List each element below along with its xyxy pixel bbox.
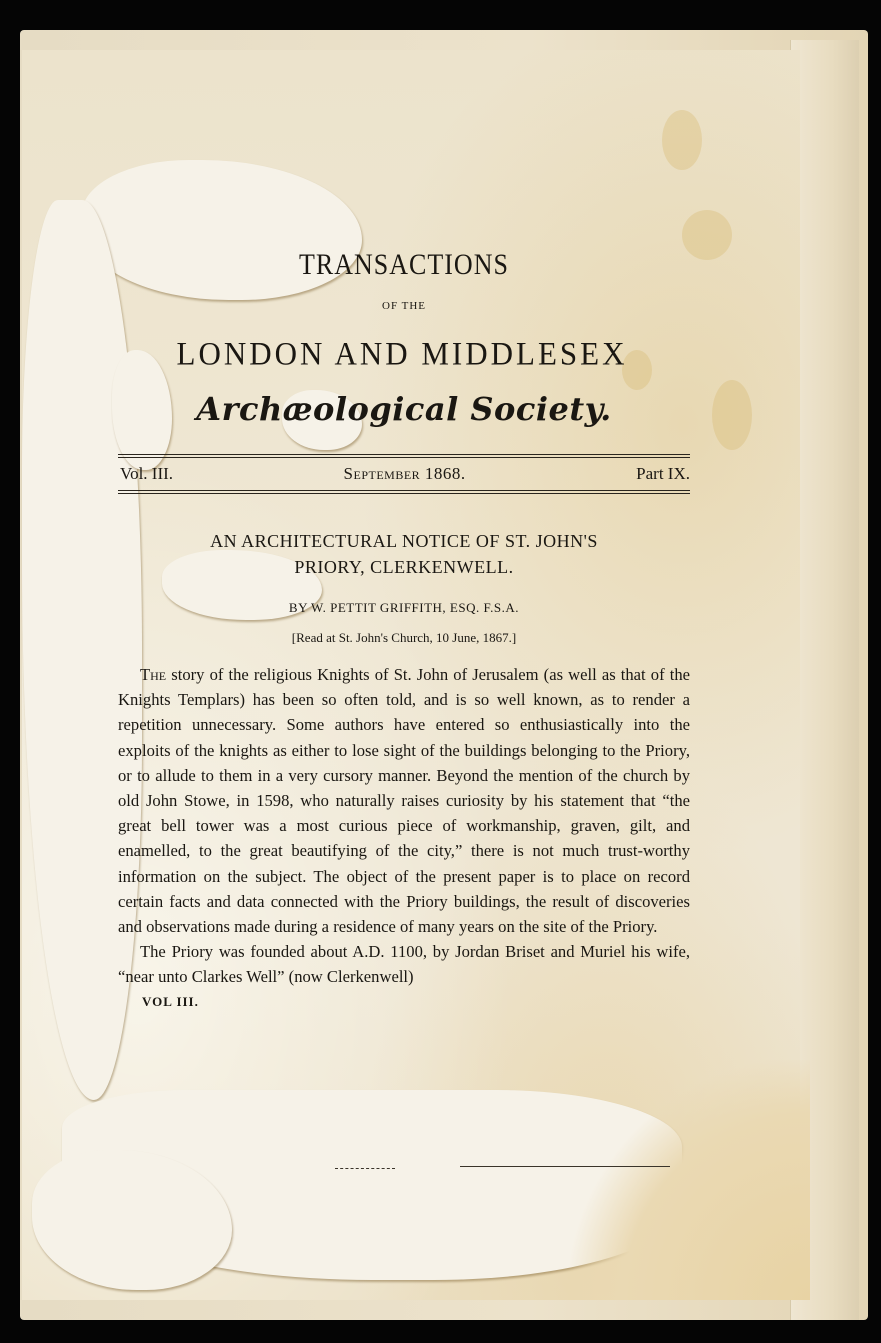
cover-text: TRANSACTIONS OF THE LONDON AND MIDDLESEX… [118,240,690,1010]
paragraph: The story of the religious Knights of St… [118,662,690,939]
paragraph: The Priory was founded about A.D. 1100, … [118,939,690,989]
part-number: Part IX. [636,464,690,484]
issue-info-bar: Vol. III. September 1868. Part IX. [118,454,690,494]
water-stain [712,380,752,450]
article-body: The story of the religious Knights of St… [118,662,690,990]
issue-date: September 1868. [344,464,466,484]
paragraph-text: story of the religious Knights of St. Jo… [118,665,690,936]
article-title: AN ARCHITECTURAL NOTICE OF ST. JOHN'S PR… [118,528,690,580]
rule-bottom [118,490,690,494]
paragraph-text: The Priory was founded about A.D. 1100, … [118,942,690,986]
volume-number: Vol. III. [120,464,173,484]
masthead-society: Archæological Society. [118,390,690,428]
footer-rule [460,1166,670,1167]
masthead-london-middlesex: LONDON AND MIDDLESEX [114,335,690,373]
masthead-title: TRANSACTIONS [118,248,690,283]
water-stain [662,110,702,170]
read-note: [Read at St. John's Church, 10 June, 186… [118,630,690,646]
footer-rule [335,1168,395,1169]
masthead-of-the: OF THE [118,300,690,312]
signature-mark: VOL III. [118,994,690,1010]
article-title-line-1: AN ARCHITECTURAL NOTICE OF ST. JOHN'S [118,528,690,554]
torn-corner [570,1060,810,1300]
paragraph-lead: The [140,665,166,684]
article-byline: BY W. PETTIT GRIFFITH, ESQ. F.S.A. [118,600,690,616]
article-title-line-2: PRIORY, CLERKENWELL. [118,554,690,580]
